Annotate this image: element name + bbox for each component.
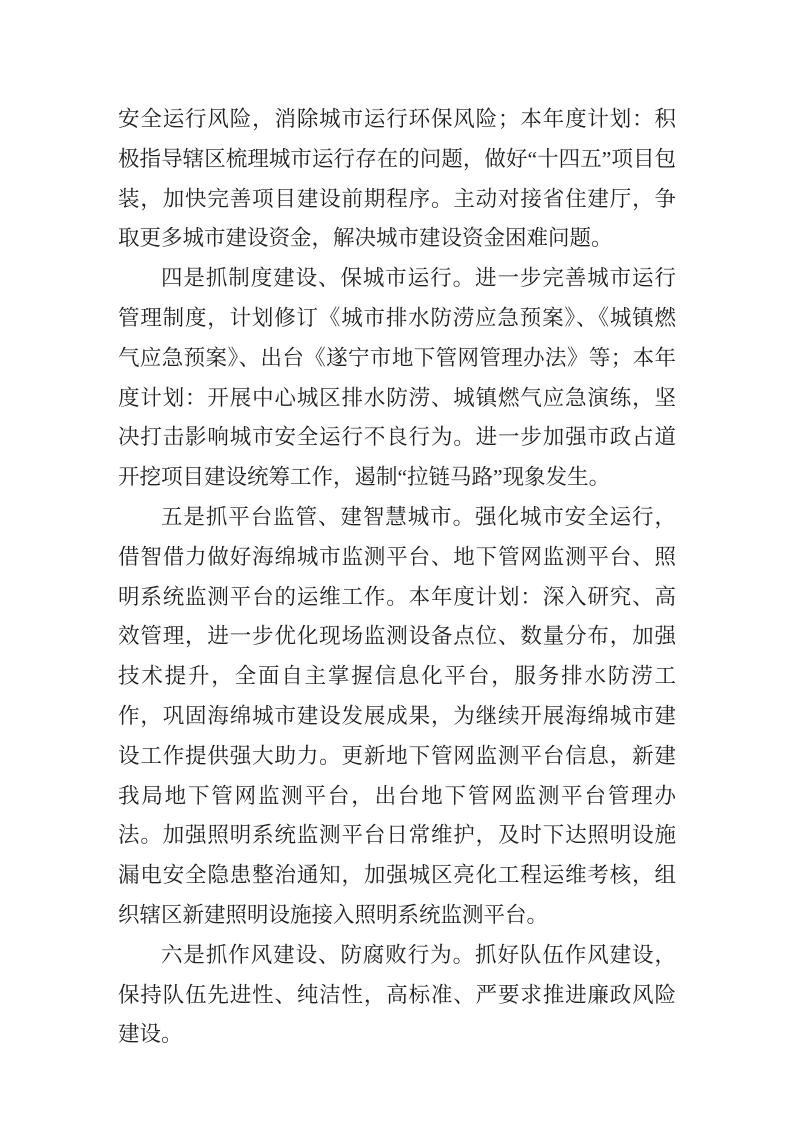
document-body: 安全运行风险，消除城市运行环保风险；本年度计划：积极指导辖区梳理城市运行存在的问… xyxy=(118,100,676,1055)
paragraph-item-four: 四是抓制度建设、保城市运行。进一步完善城市运行管理制度，计划修订《城市排水防涝应… xyxy=(118,259,676,498)
paragraph-continuation: 安全运行风险，消除城市运行环保风险；本年度计划：积极指导辖区梳理城市运行存在的问… xyxy=(118,100,676,259)
paragraph-item-five: 五是抓平台监管、建智慧城市。强化城市安全运行，借智借力做好海绵城市监测平台、地下… xyxy=(118,498,676,936)
paragraph-item-six: 六是抓作风建设、防腐败行为。抓好队伍作风建设，保持队伍先进性、纯洁性，高标准、严… xyxy=(118,936,676,1055)
document-page: 安全运行风险，消除城市运行环保风险；本年度计划：积极指导辖区梳理城市运行存在的问… xyxy=(0,0,793,1122)
